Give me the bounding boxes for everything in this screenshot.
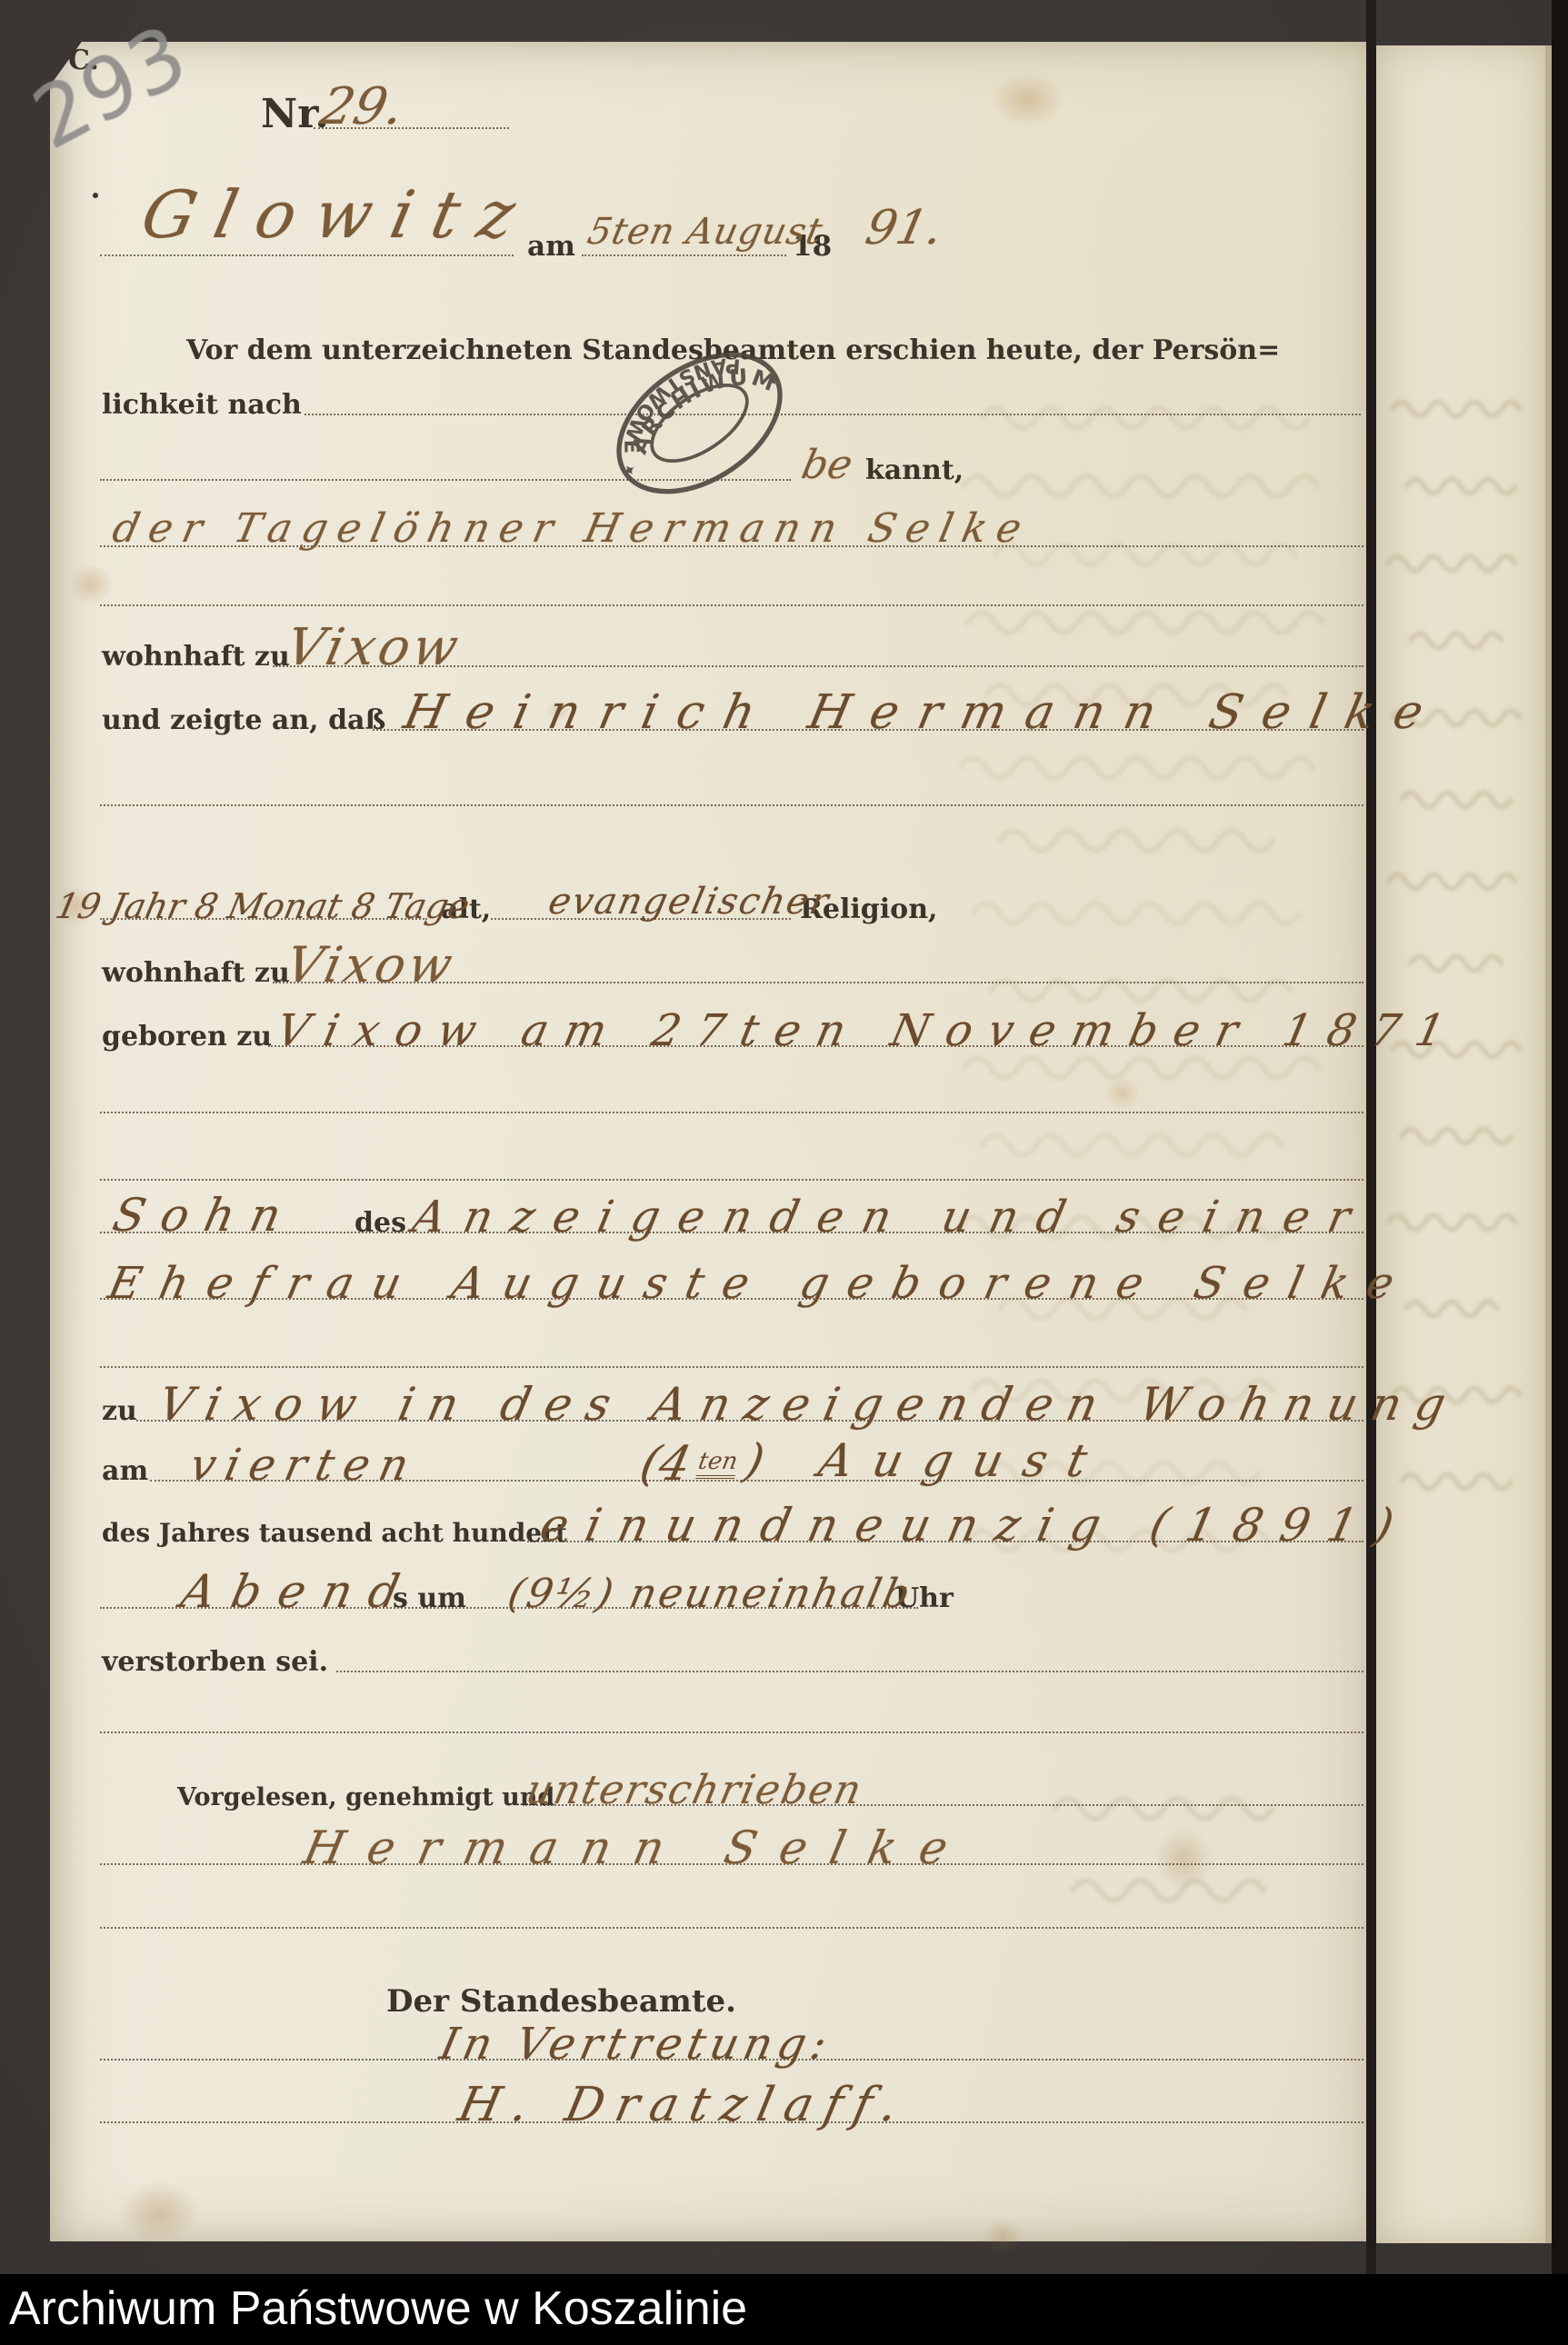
dotted-rule xyxy=(336,1671,1363,1672)
in-vertretung-script: In Vertretung: xyxy=(436,2022,836,2066)
place-script: Glowitz xyxy=(136,182,541,247)
dotted-rule xyxy=(100,1112,1363,1113)
dotted-rule xyxy=(100,254,514,256)
dotted-rule xyxy=(582,254,786,256)
declarant-signature: Hermann Selke xyxy=(300,1825,975,1871)
parents-script-1: Anzeigenden und seiner xyxy=(409,1195,1373,1239)
verstorben-label: verstorben sei. xyxy=(102,1649,328,1676)
residence-deceased-script: Vixow xyxy=(282,941,460,990)
dotted-rule xyxy=(305,414,1361,415)
bekannt-label: kannt, xyxy=(865,457,964,484)
residence-declarant-script: Vixow xyxy=(282,623,466,674)
deceased-name-script: Heinrich Hermann Selke xyxy=(400,689,1447,736)
death-year-script: einundneunzig (1891) xyxy=(536,1502,1416,1548)
death-month-script: ) August xyxy=(741,1438,1112,1483)
scan-right-border xyxy=(1552,0,1568,2345)
zu-label: zu xyxy=(102,1398,137,1425)
dotted-rule xyxy=(100,1366,1363,1368)
time-value-script: (9½) neuneinhalb xyxy=(504,1574,916,1614)
archive-caption-bar: Archiwum Państwowe w Koszalinie xyxy=(0,2274,1568,2345)
dotted-rule xyxy=(100,1731,1363,1733)
year-script: 91. xyxy=(862,205,947,252)
closing-label: Vorgelesen, genehmigt und xyxy=(177,1785,554,1810)
ink-speck xyxy=(93,193,98,198)
bekannt-script: be xyxy=(798,445,856,485)
date-script: 5ten August xyxy=(584,214,826,250)
zeigte-label: und zeigte an, daß xyxy=(102,707,385,734)
page-stack-edge xyxy=(1545,45,1552,2243)
declarant-script: der Tagelöhner Hermann Selke xyxy=(109,509,1034,549)
registrar-signature: H. Dratzlaff. xyxy=(454,2081,914,2129)
archive-caption: Archiwum Państwowe w Koszalinie xyxy=(9,2281,747,2336)
birth-entry-script: Vixow am 27ten November 1871 xyxy=(273,1009,1464,1053)
am-label: am xyxy=(527,233,575,261)
death-day-numeral-script: (4 xyxy=(636,1441,694,1488)
dotted-rule xyxy=(100,604,1363,606)
dotted-rule xyxy=(100,1179,1363,1181)
registrar-title: Der Standesbeamte. xyxy=(386,1986,736,2017)
intro-line-2: lichkeit nach xyxy=(102,392,302,419)
religion-script: evangelischer xyxy=(545,883,834,920)
death-place-script: Vixow in des Anzeigenden Wohnung xyxy=(155,1382,1464,1427)
geboren-label: geboren zu xyxy=(102,1023,272,1051)
dotted-rule xyxy=(100,804,1363,806)
parents-script-2: Ehefrau Auguste geborene Selke xyxy=(105,1262,1417,1305)
am2-label: am xyxy=(102,1458,148,1485)
death-day-superscript: ten xyxy=(695,1450,739,1479)
dotted-rule xyxy=(100,1927,1363,1929)
wohnhaft-label-2: wohnhaft zu xyxy=(102,960,290,987)
closing-script: unterschrieben xyxy=(523,1771,866,1811)
age-script: 19 Jahr 8 Monat 8 Tage xyxy=(53,889,473,923)
death-day-word-script: vierten xyxy=(186,1443,423,1487)
wohnhaft-label-1: wohnhaft zu xyxy=(102,644,290,671)
time-of-day-script: Abend xyxy=(177,1569,421,1614)
record-number-script: 29. xyxy=(316,82,408,133)
sohn-script: Sohn xyxy=(109,1192,301,1238)
des-label: des xyxy=(355,1210,406,1237)
year-line-label: des Jahres tausend acht hundert xyxy=(102,1521,567,1546)
scanned-document: C. Nr. am 18 Vor dem unterzeichneten Sta… xyxy=(0,0,1568,2345)
